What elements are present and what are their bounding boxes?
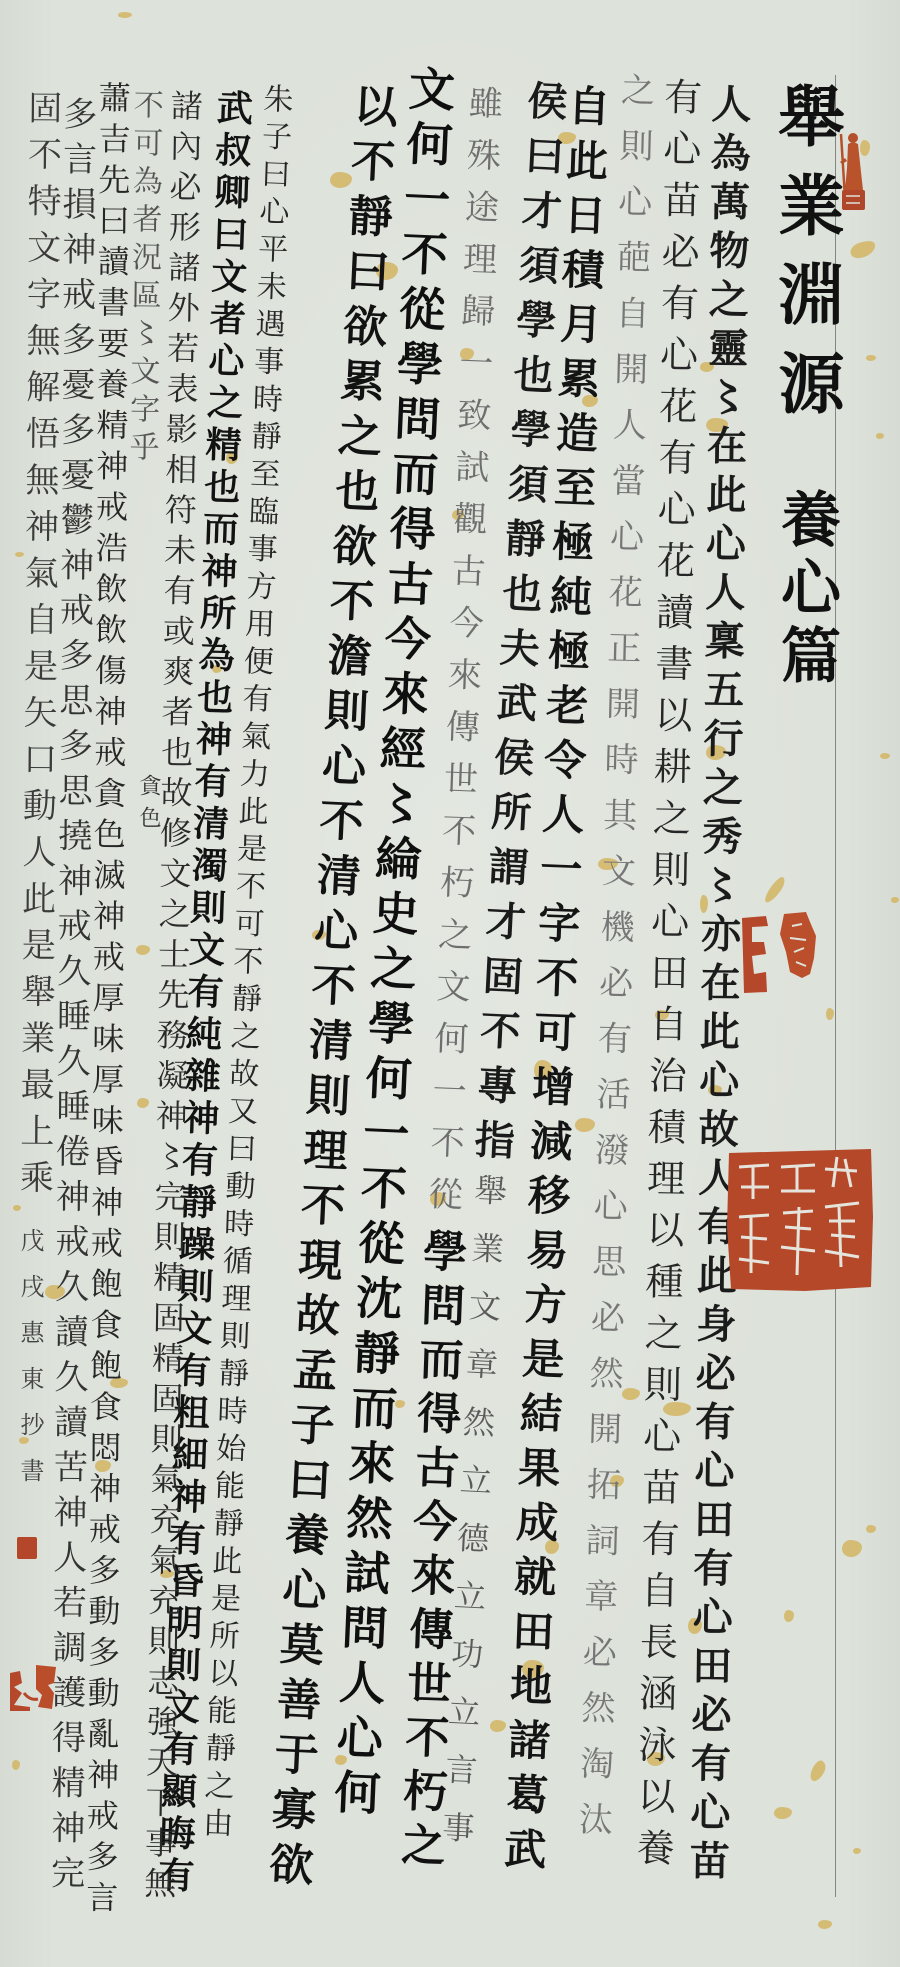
gold-fleck (853, 1848, 861, 1854)
gold-fleck (876, 433, 884, 439)
gold-fleck (136, 945, 150, 955)
title-main: 舉業淵源 (773, 82, 839, 438)
gold-fleck (866, 355, 876, 361)
figure-seal-icon (836, 128, 866, 212)
gold-fleck (848, 238, 878, 261)
gold-fleck (842, 1540, 862, 1557)
gold-fleck (818, 1920, 832, 1929)
gold-fleck (891, 897, 899, 903)
gold-fleck (880, 753, 890, 759)
gold-fleck (12, 1760, 20, 1770)
gold-fleck (137, 1098, 149, 1108)
gold-fleck (774, 1807, 792, 1819)
gold-fleck (826, 1008, 834, 1020)
side-note: 貪色 (137, 774, 159, 838)
gold-fleck (13, 1205, 21, 1211)
corner-seal-icon (8, 1663, 60, 1713)
gold-fleck (762, 875, 787, 905)
signature-seal-icon (17, 1537, 37, 1559)
large-square-seal-icon (725, 1147, 875, 1293)
signature: 戊戌惠東抄書 (18, 1228, 42, 1504)
calligraphy-scroll: 舉業淵源 養心篇 人為萬物之靈〻在此心人稟五行之秀〻亦在此心故人有此身必有心田有… (0, 0, 900, 1967)
gold-fleck (118, 12, 132, 18)
gold-fleck (784, 1610, 794, 1622)
gold-fleck (808, 1758, 828, 1783)
two-character-seal-icon (740, 912, 820, 996)
gold-fleck (866, 1525, 876, 1533)
title-sub: 養心篇 (776, 488, 836, 692)
text-column-15: 固不特文字無解悟無神氣自是矢口動人此是舉業最上乘 (16, 90, 59, 1206)
